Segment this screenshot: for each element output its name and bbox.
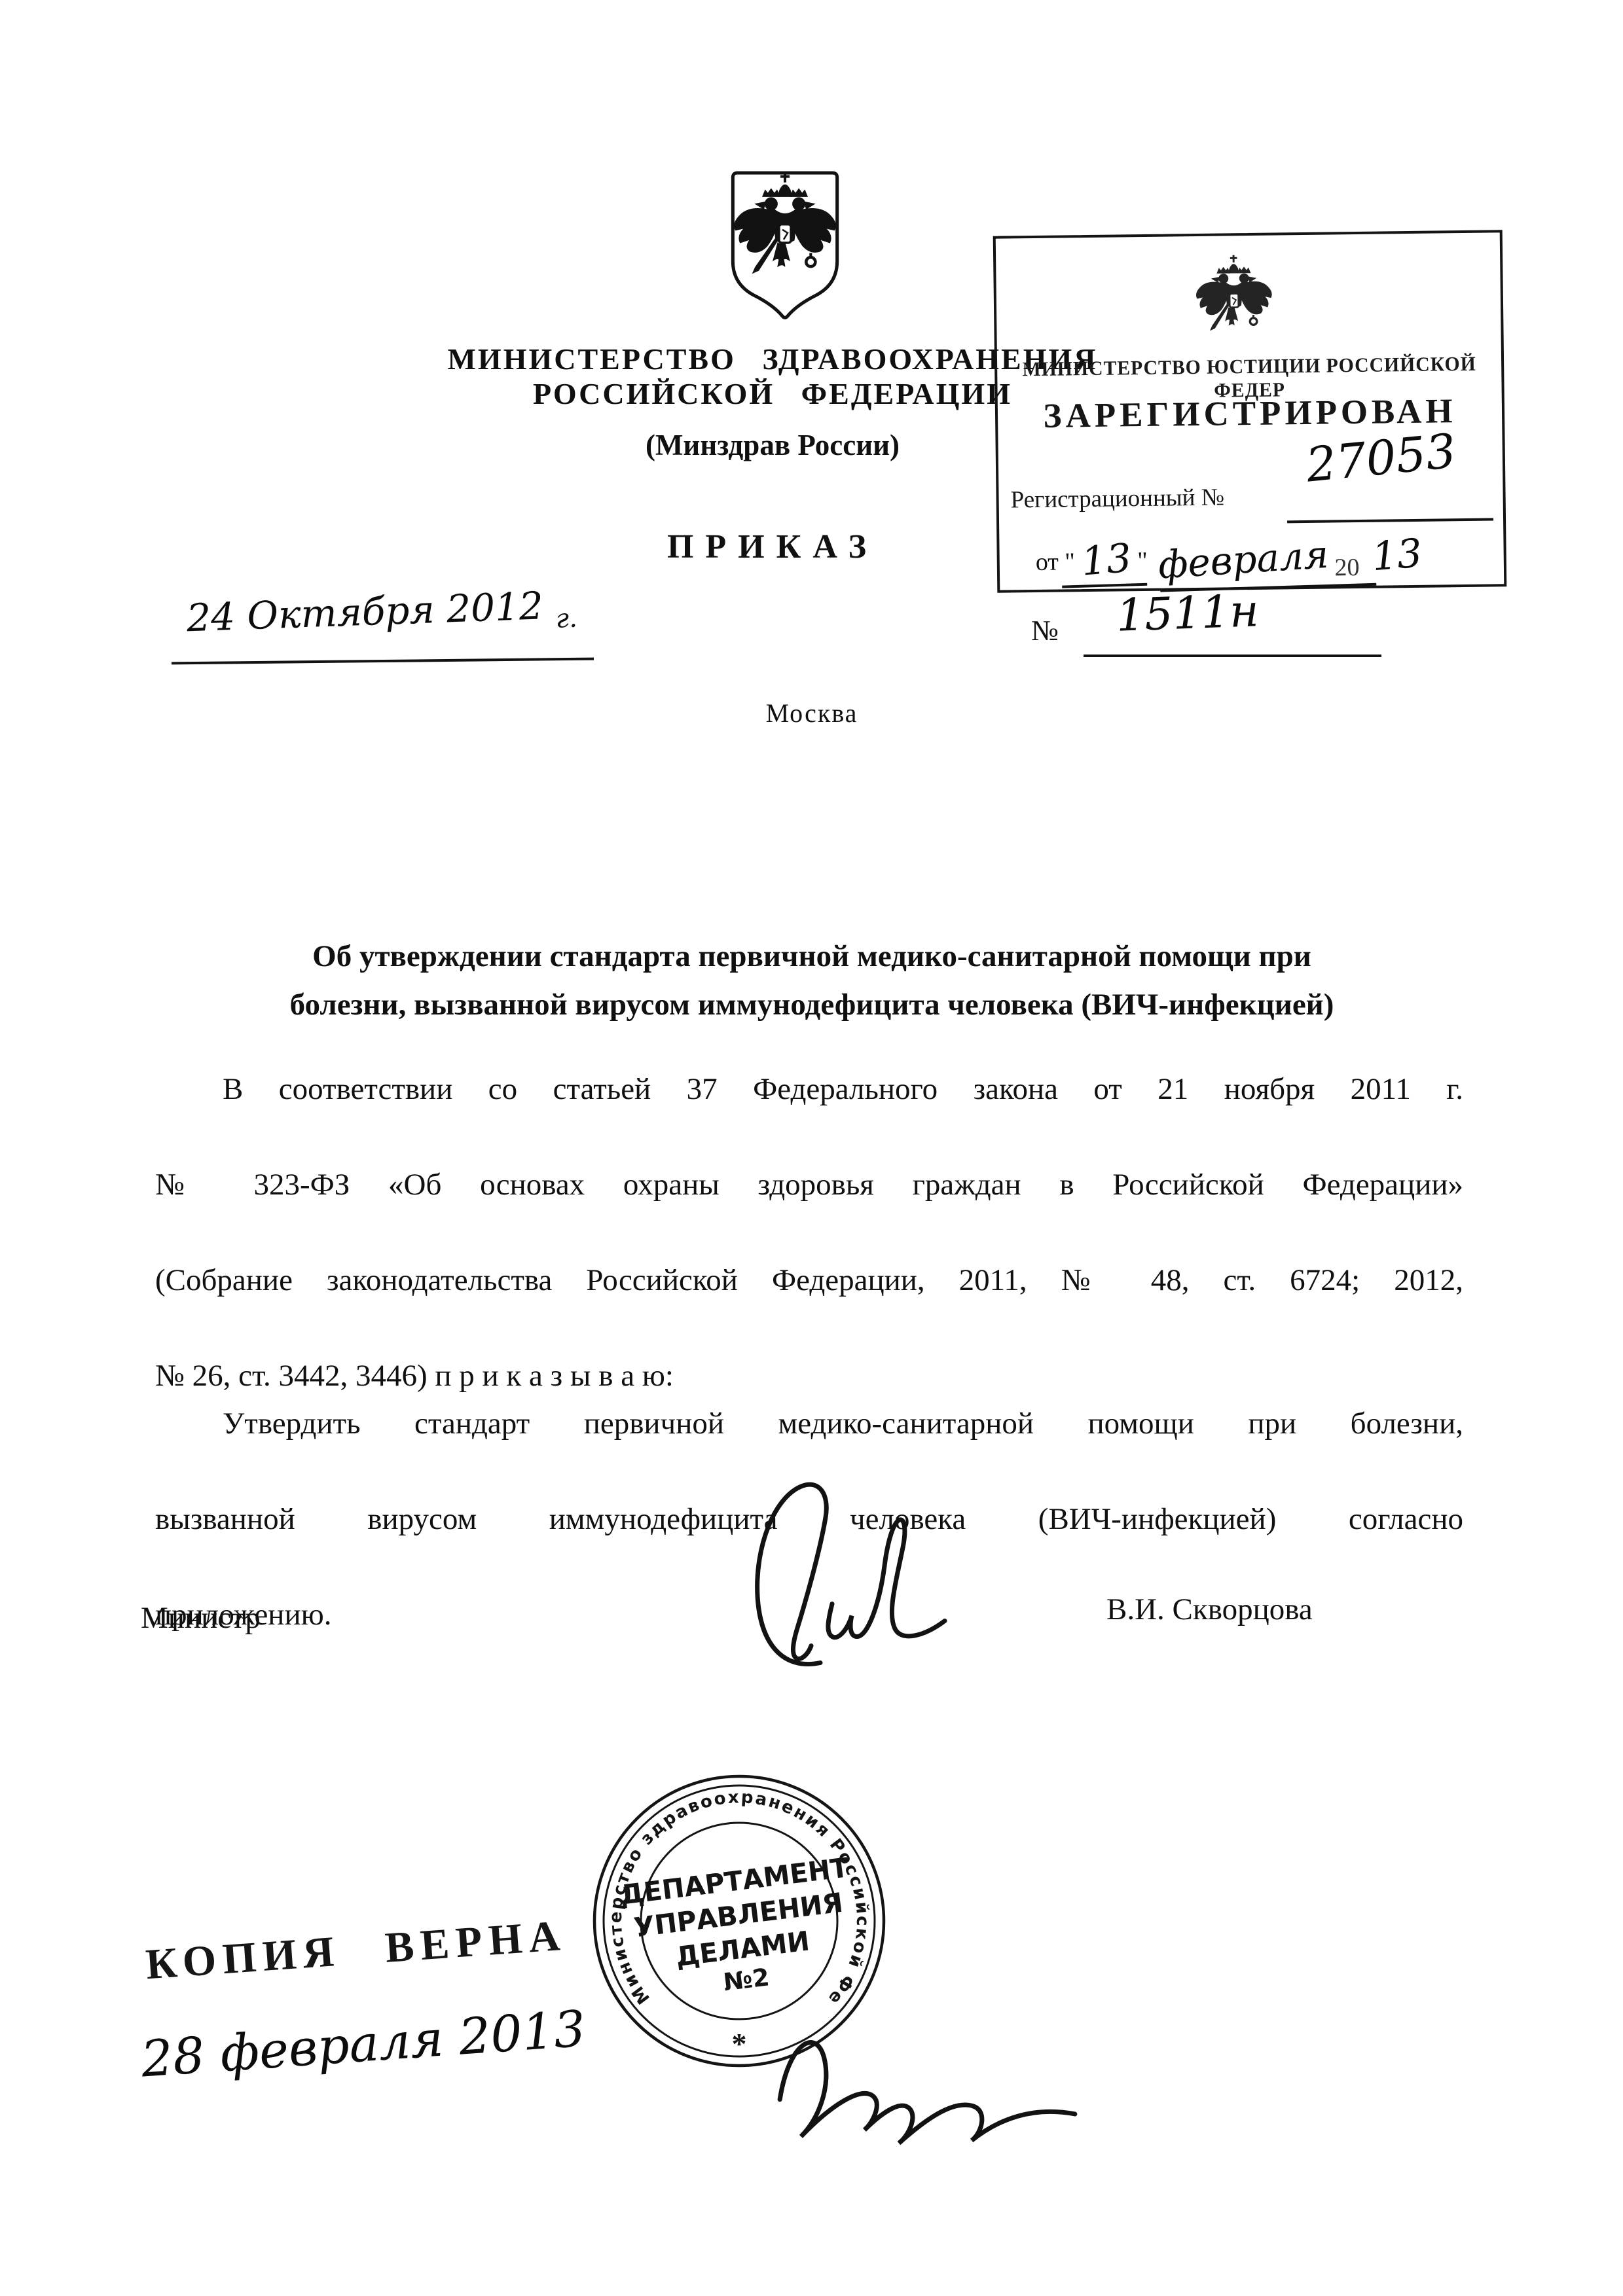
order-number-label: №: [1031, 614, 1059, 647]
copy-date-handwritten: 28 февраля 2013: [139, 1999, 587, 2088]
signer-post: Министр: [141, 1600, 261, 1636]
order-title-line1: Об утверждении стандарта первичной медик…: [154, 932, 1470, 980]
order-date-handwritten: 24 Октября 2012 г.: [186, 583, 577, 641]
year-printed-prefix: 20: [1334, 554, 1360, 581]
city-label: Москва: [655, 698, 969, 728]
justice-registration-stamp: МИНИСТЕРСТВО ЮСТИЦИИ РОССИЙСКОЙ ФЕДЕР ЗА…: [993, 230, 1507, 592]
registration-number-label: Регистрационный №: [1010, 483, 1224, 514]
close-quote: ": [1137, 547, 1148, 575]
registration-day: 13: [1080, 535, 1133, 585]
day-underline: [1062, 583, 1147, 588]
copy-true-stamp: КОПИЯ ВЕРНА: [144, 1911, 568, 1990]
registration-number-value: 27053: [1304, 423, 1458, 492]
signer-name: В.И. Скворцова: [1106, 1592, 1313, 1627]
order-number-underline: [1084, 655, 1381, 657]
open-quote: ": [1065, 548, 1075, 575]
certifier-signature: [769, 2000, 1087, 2173]
order-number-value: 1511н: [1116, 585, 1260, 642]
body-line: (Собрание законодательства Российской Фе…: [155, 1257, 1463, 1352]
registration-date-line: от " 13 " февраля 20 13: [1035, 529, 1422, 580]
round-stamp-star: *: [732, 2027, 747, 2060]
round-stamp-line4: №2: [722, 1963, 771, 1996]
minister-signature: [704, 1466, 966, 1685]
order-date-text: 24 Октября 2012: [186, 583, 544, 640]
body-line: В соответствии со статьей 37 Федеральног…: [155, 1066, 1463, 1161]
russia-coat-of-arms-icon: [719, 164, 851, 325]
order-date-suffix: г.: [555, 603, 578, 634]
registration-year: 13: [1370, 530, 1424, 580]
order-title-line2: болезни, вызванной вирусом иммунодефицит…: [154, 980, 1470, 1029]
registration-number-underline: [1287, 518, 1493, 523]
order-title: Об утверждении стандарта первичной медик…: [154, 932, 1470, 1029]
body-line: № 26, ст. 3442, 3446) п р и к а з ы в а …: [155, 1352, 1463, 1400]
scanned-order-document: МИНИСТЕРСТВО ЗДРАВООХРАНЕНИЯ РОССИЙСКОЙ …: [0, 0, 1623, 2296]
from-label: от: [1036, 548, 1059, 576]
justice-stamp-eagle-icon: [1184, 249, 1284, 341]
registration-month: февраля: [1156, 532, 1329, 588]
order-date-underline: [172, 658, 594, 665]
body-line: № 323-ФЗ «Об основах охраны здоровья гра…: [155, 1161, 1463, 1257]
